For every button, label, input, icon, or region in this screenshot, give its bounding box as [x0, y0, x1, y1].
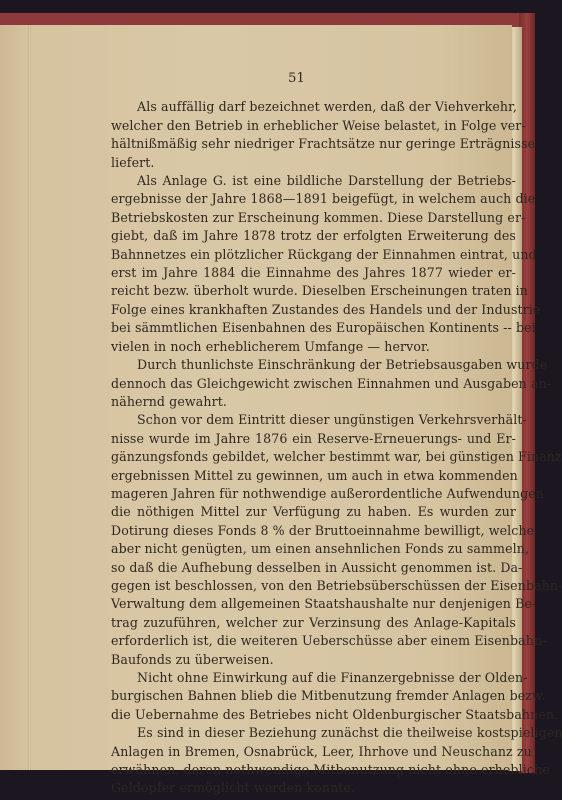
text-line: liefert. — [85, 154, 516, 172]
text-line: ergebnissen Mittel zu gewinnen, um auch … — [85, 467, 516, 485]
text-line: mageren Jahren für nothwendige außerorde… — [85, 485, 516, 503]
text-line: Baufonds zu überweisen. — [85, 651, 516, 669]
text-line: Geldopfer ermöglicht werden konnte. — [85, 779, 516, 797]
text-line: Dotirung dieses Fonds 8 % der Bruttoeinn… — [85, 522, 516, 540]
text-line: nähernd gewahrt. — [85, 393, 516, 411]
paragraph: Als auffällig darf bezeichnet werden, da… — [85, 98, 516, 172]
paragraph: Nicht ohne Einwirkung auf die Finanzerge… — [85, 669, 516, 724]
text-line: gänzungsfonds gebildet, welcher bestimmt… — [85, 448, 516, 466]
text-line: Verwaltung dem allgemeinen Staatshaushal… — [85, 595, 516, 613]
paragraph: Durch thunlichste Einschränkung der Betr… — [85, 356, 516, 411]
text-line: die Uebernahme des Betriebes nicht Olden… — [85, 706, 516, 724]
body-text: Als auffällig darf bezeichnet werden, da… — [85, 98, 516, 797]
text-line: Schon vor dem Eintritt dieser ungünstige… — [85, 411, 516, 429]
text-line: so daß die Aufhebung desselben in Aussic… — [85, 559, 516, 577]
text-line: Als auffällig darf bezeichnet werden, da… — [85, 98, 516, 116]
text-line: dennoch das Gleichgewicht zwischen Einna… — [85, 375, 516, 393]
paragraph: Es sind in dieser Beziehung zunächst die… — [85, 724, 516, 798]
page-gutter-fold — [28, 25, 31, 770]
text-line: welcher den Betrieb in erheblicher Weise… — [85, 117, 516, 135]
text-line: erforderlich ist, die weiteren Ueberschü… — [85, 632, 516, 650]
page-number: 51 — [85, 70, 516, 88]
text-line: reicht bezw. überholt wurde. Dieselben E… — [85, 282, 516, 300]
text-line: vielen in noch erheblicherem Umfange — h… — [85, 338, 516, 356]
text-line: nisse wurde im Jahre 1876 ein Reserve-Er… — [85, 430, 516, 448]
text-line: gegen ist beschlossen, von den Betriebsü… — [85, 577, 516, 595]
text-line: giebt, daß im Jahre 1878 trotz der erfol… — [85, 227, 516, 245]
text-line: Durch thunlichste Einschränkung der Betr… — [85, 356, 516, 374]
text-line: Nicht ohne Einwirkung auf die Finanzerge… — [85, 669, 516, 687]
text-line: Bahnnetzes ein plötzlicher Rückgang der … — [85, 246, 516, 264]
text-line: Als Anlage G. ist eine bildliche Darstel… — [85, 172, 516, 190]
text-line: Folge eines krankhaften Zustandes des Ha… — [85, 301, 516, 319]
text-line: erwähnen, deren nothwendige Mitbenutzung… — [85, 761, 516, 779]
text-line: aber nicht genügten, um einen ansehnlich… — [85, 540, 516, 558]
text-line: ergebnisse der Jahre 1868—1891 beigefügt… — [85, 190, 516, 208]
text-line: erst im Jahre 1884 die Einnahme des Jahr… — [85, 264, 516, 282]
text-line: Anlagen in Bremen, Osnabrück, Leer, Ihrh… — [85, 743, 516, 761]
paragraph: Als Anlage G. ist eine bildliche Darstel… — [85, 172, 516, 356]
text-line: hältnißmäßig sehr niedriger Frachtsätze … — [85, 135, 516, 153]
text-line: burgischen Bahnen blieb die Mitbenutzung… — [85, 687, 516, 705]
text-line: trag zuzuführen, welcher zur Verzinsung … — [85, 614, 516, 632]
paragraph: Schon vor dem Eintritt dieser ungünstige… — [85, 411, 516, 669]
page-content: 51 Als auffällig darf bezeichnet werden,… — [85, 70, 516, 798]
text-line: Betriebskosten zur Erscheinung kommen. D… — [85, 209, 516, 227]
text-line: die nöthigen Mittel zur Verfügung zu hab… — [85, 503, 516, 521]
text-line: Es sind in dieser Beziehung zunächst die… — [85, 724, 516, 742]
text-line: bei sämmtlichen Eisenbahnen des Europäis… — [85, 319, 516, 337]
